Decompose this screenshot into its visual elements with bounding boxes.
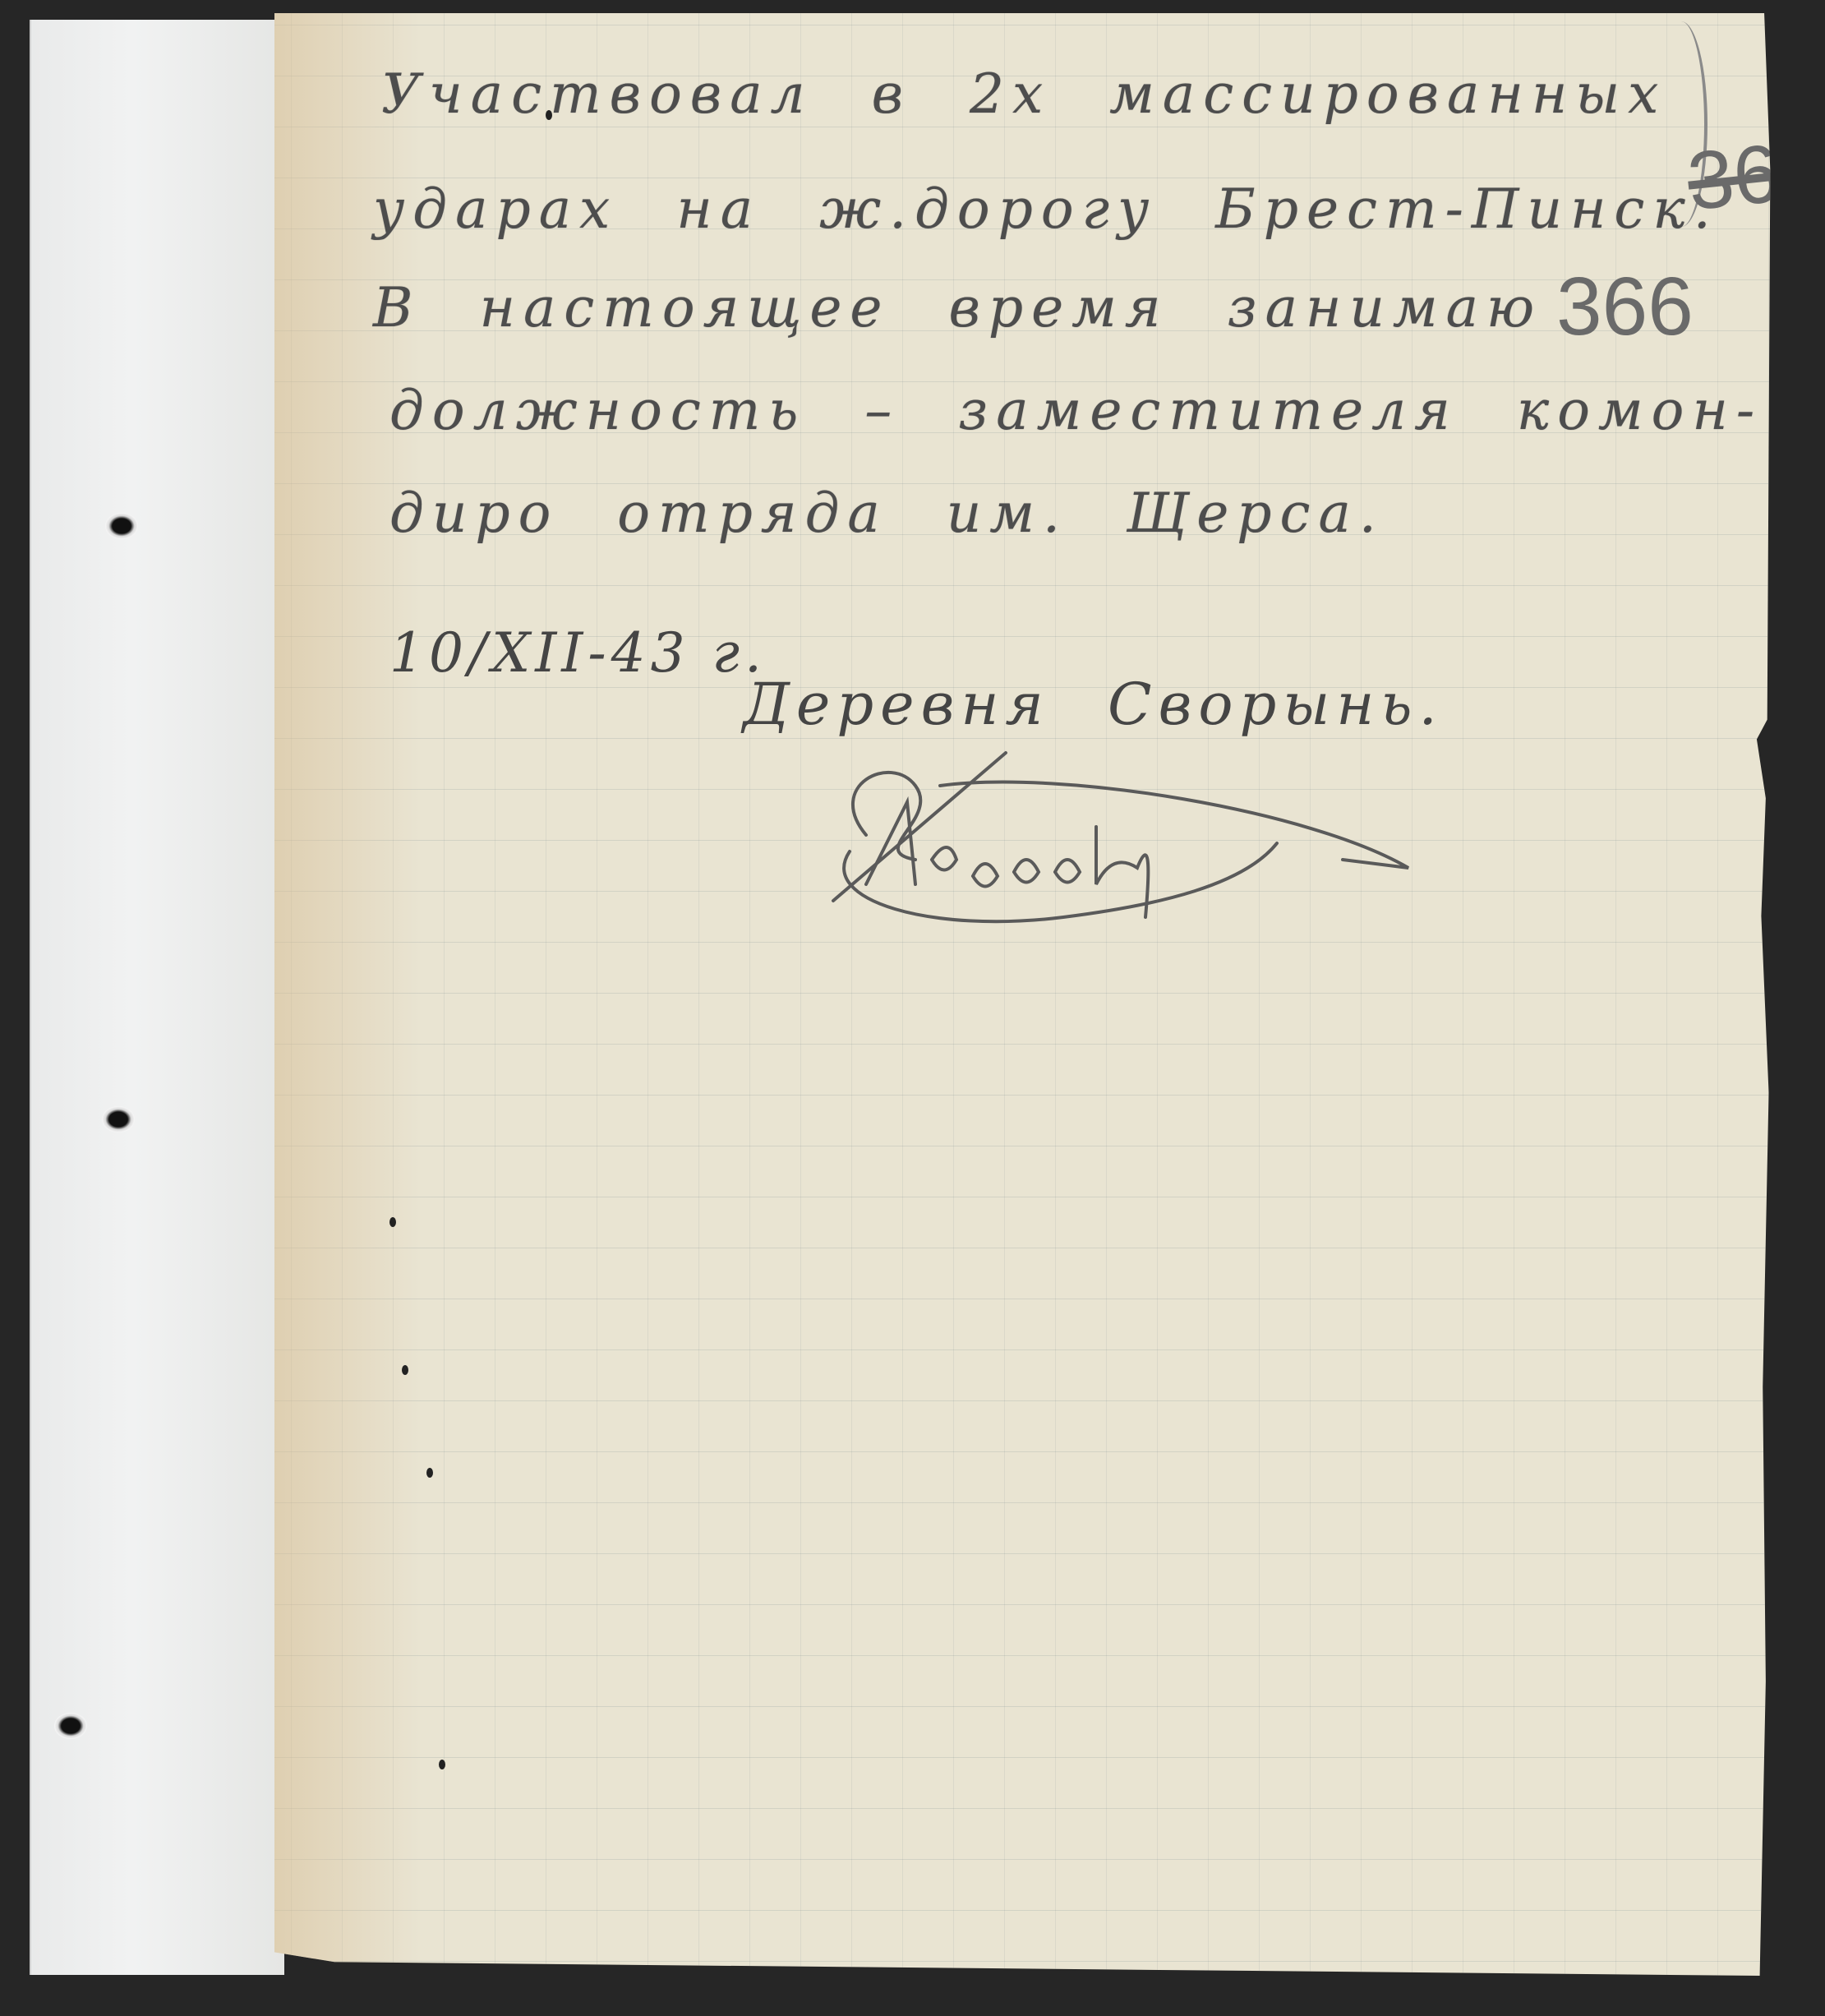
punch-hole-bottom xyxy=(54,1713,87,1739)
pin-mark xyxy=(439,1760,445,1769)
signature-icon xyxy=(817,736,1425,925)
backing-strip xyxy=(30,20,284,1975)
body-line-2: ударах на ж.дорогу Брест-Пинск. xyxy=(373,178,1719,241)
pin-mark xyxy=(546,110,552,120)
pin-mark xyxy=(426,1468,433,1478)
body-line-4: должность – заместителя комон- xyxy=(389,379,1763,442)
date: 10/XII-43 г. xyxy=(389,621,767,685)
archive-number: 366 xyxy=(1556,260,1694,354)
pin-mark xyxy=(402,1365,408,1375)
place: Деревня Сворынь. xyxy=(743,671,1444,738)
punch-hole-top xyxy=(105,513,138,539)
body-line-1: Участвовал в 2х массированных xyxy=(381,62,1666,126)
pin-mark xyxy=(389,1217,396,1227)
punch-hole-middle xyxy=(102,1106,135,1133)
body-line-3: В настоящее время занимаю xyxy=(373,276,1542,339)
document-sheet: 362 366 Участвовал в 2х массированных уд… xyxy=(274,13,1773,1976)
body-line-5: диро отряда им. Щерса. xyxy=(389,482,1385,545)
